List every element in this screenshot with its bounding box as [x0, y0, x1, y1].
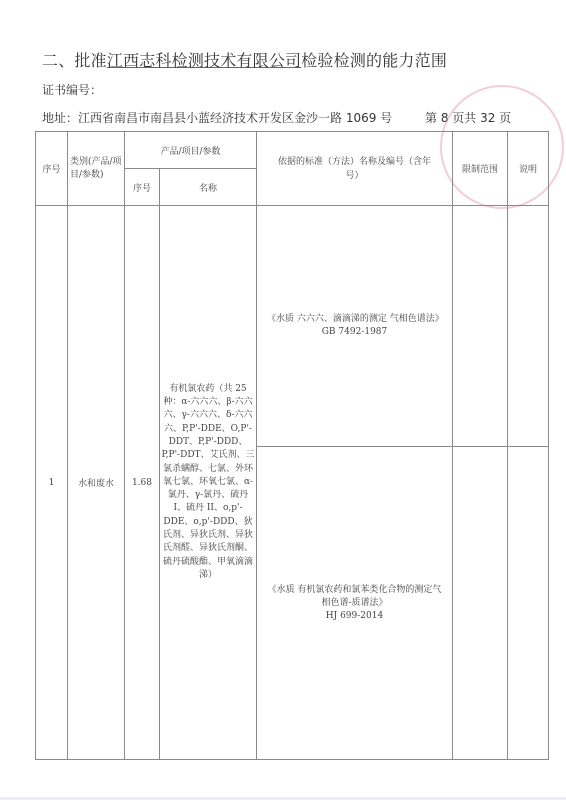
header-standard: 依据的标准（方法）名称及编号（含年号） [257, 132, 453, 206]
row-limit [453, 206, 508, 447]
header-name: 名称 [160, 169, 257, 206]
page-title: 二、批准江西志科检测技术有限公司检验检测的能力范围 [42, 48, 447, 71]
standard-cell-2: 《水质 有机氯农药和氯苯类化合物的测定气相色谱-质谱法》 HJ 699-2014 [257, 447, 453, 760]
table-row: 1 水和废水 1.68 有机氯农药（共 25 种：α-六六六、β-六六六、γ-六… [36, 206, 549, 447]
standard-code: GB 7492-1987 [267, 326, 442, 339]
title-prefix: 二、批准 [42, 51, 107, 70]
address: 地址：江西省南昌市南昌县小蓝经济技术开发区金沙一路 1069 号 [42, 109, 392, 126]
row-item-name: 有机氯农药（共 25 种：α-六六六、β-六六六、γ-六六六、δ-六六六、P,P… [160, 206, 257, 760]
header-category: 类别(产品/项目/参数) [68, 132, 125, 206]
row-sub-serial: 1.68 [125, 206, 160, 760]
row-note [508, 206, 549, 447]
capability-scope-table: 序号 类别(产品/项目/参数) 产品/项目/参数 依据的标准（方法）名称及编号（… [35, 131, 549, 760]
header-note: 说明 [508, 132, 549, 206]
row-limit-2 [453, 447, 508, 760]
organization-name: 江西志科检测技术有限公司 [107, 51, 301, 70]
page-indicator: 第 8 页共 32 页 [425, 109, 511, 126]
standard-title: 《水质 六六六、滴滴涕的测定 气相色谱法》 [267, 313, 442, 326]
header-limit: 限制范围 [453, 132, 508, 206]
row-category: 水和废水 [68, 206, 125, 760]
row-serial: 1 [36, 206, 68, 760]
standard-title: 《水质 有机氯农药和氯苯类化合物的测定气相色谱-质谱法》 [267, 584, 442, 610]
title-suffix: 检验检测的能力范围 [301, 51, 447, 70]
certificate-number-label: 证书编号： [42, 81, 102, 98]
standard-code: HJ 699-2014 [267, 610, 442, 623]
standard-cell-1: 《水质 六六六、滴滴涕的测定 气相色谱法》 GB 7492-1987 [257, 206, 453, 447]
header-serial: 序号 [36, 132, 68, 206]
row-note-2 [508, 447, 549, 760]
header-sub-serial: 序号 [125, 169, 160, 206]
header-product-group: 产品/项目/参数 [125, 132, 257, 169]
